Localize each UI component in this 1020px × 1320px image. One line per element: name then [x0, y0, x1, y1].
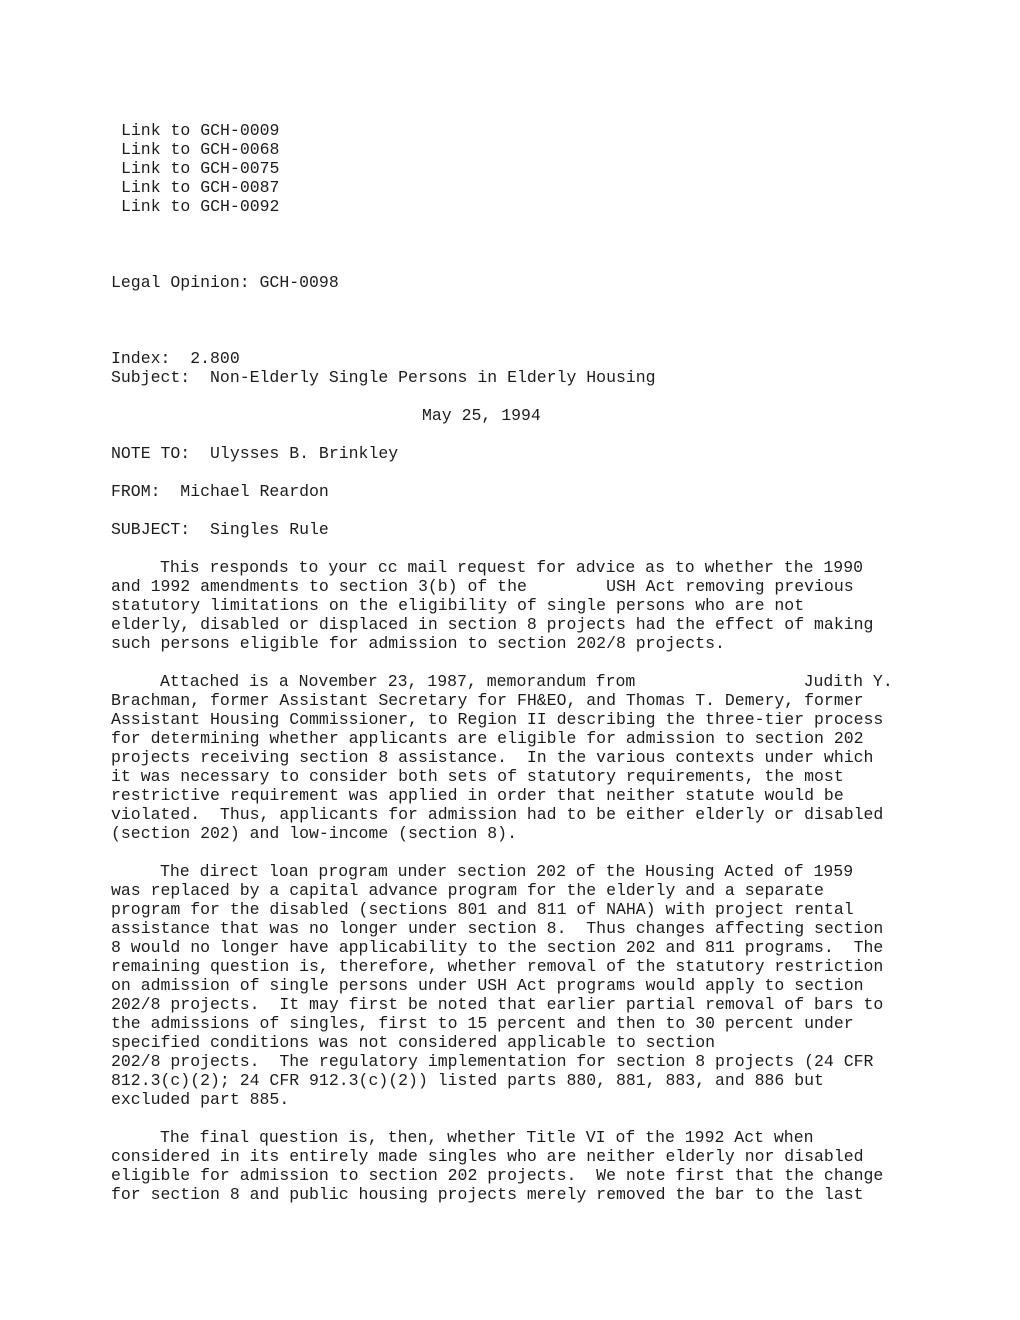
- link-gch-0009[interactable]: Link to GCH-0009: [121, 121, 990, 140]
- link-gch-0092[interactable]: Link to GCH-0092: [121, 197, 990, 216]
- subject-heading-line: SUBJECT: Singles Rule: [111, 520, 990, 539]
- subject-line: Subject: Non-Elderly Single Persons in E…: [111, 368, 990, 387]
- link-gch-0087[interactable]: Link to GCH-0087: [121, 178, 990, 197]
- link-gch-0075[interactable]: Link to GCH-0075: [121, 159, 990, 178]
- index-line: Index: 2.800: [111, 349, 990, 368]
- note-to-line: NOTE TO: Ulysses B. Brinkley: [111, 444, 990, 463]
- document-page: Link to GCH-0009 Link to GCH-0068 Link t…: [0, 0, 1020, 1320]
- paragraph-1: This responds to your cc mail request fo…: [111, 558, 990, 653]
- link-list: Link to GCH-0009 Link to GCH-0068 Link t…: [111, 121, 990, 216]
- legal-opinion-line: Legal Opinion: GCH-0098: [111, 273, 990, 292]
- from-line: FROM: Michael Reardon: [111, 482, 990, 501]
- paragraph-4: The final question is, then, whether Tit…: [111, 1128, 990, 1204]
- paragraph-3: The direct loan program under section 20…: [111, 862, 990, 1109]
- paragraph-2: Attached is a November 23, 1987, memoran…: [111, 672, 990, 843]
- link-gch-0068[interactable]: Link to GCH-0068: [121, 140, 990, 159]
- date-line: May 25, 1994: [111, 406, 990, 425]
